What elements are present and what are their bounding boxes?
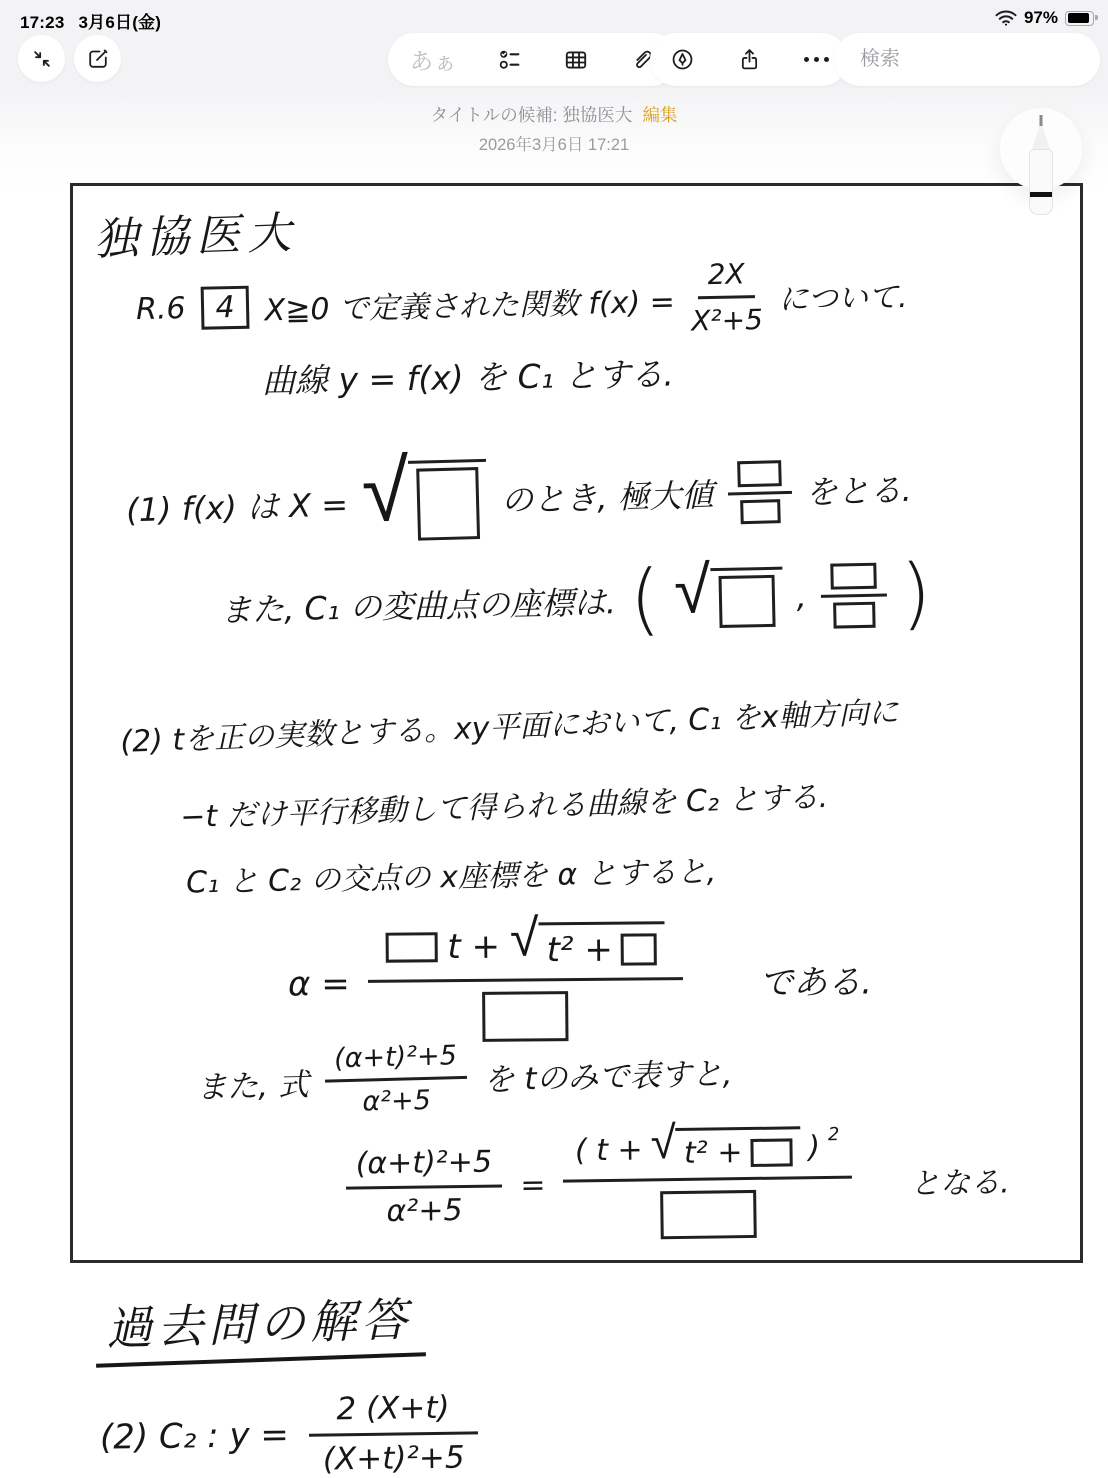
- hw-era-year: R.6: [136, 291, 186, 327]
- hw-final-lhs-num: (α+t)²+5: [355, 1145, 492, 1182]
- hw-rhs-radical: √ t² +: [650, 1126, 800, 1171]
- hw-paren-open: (: [629, 554, 661, 645]
- hw-problem-line: R.6 4 X≧0 で定義された関数 f(x) = 2X X²+5 について.: [135, 254, 908, 349]
- hw-sqrt-blank: √: [361, 459, 488, 542]
- answer-box: [483, 991, 569, 1042]
- hw-paren-close: ): [900, 549, 932, 640]
- hw-q1-line2: また, C₁ の変曲点の座標は. ( √ , ): [219, 549, 932, 654]
- hw-q1-mid: のとき, 極大値: [501, 470, 714, 522]
- table-button[interactable]: [562, 47, 590, 73]
- hw-rhs-open: ( t +: [575, 1132, 643, 1168]
- hw-expr-fraction: (α+t)²+5 α²+5: [324, 1040, 469, 1119]
- answer-box: [833, 601, 876, 628]
- hw-expr-den: α²+5: [362, 1085, 431, 1118]
- hw-final-lhs: (α+t)²+5 α²+5: [345, 1144, 502, 1229]
- hw-intro-post: について.: [778, 271, 908, 318]
- hw-alpha-lhs: α =: [288, 964, 350, 1005]
- checklist-icon: [497, 47, 522, 72]
- markup-button[interactable]: [668, 47, 696, 72]
- hw-rhs-rad-pre: t² +: [684, 1135, 743, 1171]
- hw-final-equals: =: [520, 1168, 546, 1203]
- status-bar: 17:233月6日(金) 97%: [0, 8, 1108, 32]
- hw-alpha-fraction: t + √ t² +: [367, 921, 683, 1043]
- more-button[interactable]: [802, 57, 830, 62]
- collapse-note-button[interactable]: [18, 35, 65, 82]
- hw-final-equation: (α+t)²+5 α²+5 = ( t + √ t² + ) 2 となる.: [345, 1123, 1010, 1243]
- answer-box: [750, 1138, 792, 1167]
- hw-answer-line: (2) C₂ : y = 2 (X+t) (X+t)²+5: [99, 1389, 478, 1478]
- hw-q1-line2-pre: また, C₁ の変曲点の座標は.: [220, 577, 617, 631]
- hw-fx-num: 2X: [707, 257, 745, 291]
- title-candidate-label: タイトルの候補: 独協医大: [431, 105, 633, 125]
- hw-rhs-exponent: 2: [828, 1124, 840, 1145]
- answer-box: [660, 1190, 757, 1239]
- status-time: 17:23: [20, 13, 64, 32]
- hw-fx-fraction: 2X X²+5: [690, 257, 763, 337]
- stylus-icon: [1029, 115, 1053, 215]
- checklist-button[interactable]: [496, 47, 524, 72]
- pen-circle-icon: [670, 47, 695, 72]
- hw-curve-line: 曲線 y = f(x) を C₁ とする.: [262, 348, 675, 402]
- hw-rhs-close: ): [808, 1130, 820, 1165]
- answer-box: [718, 575, 775, 628]
- text-style-button[interactable]: あぁ: [410, 43, 458, 76]
- hw-problem-number-box: 4: [201, 286, 249, 330]
- answer-box: [621, 933, 657, 965]
- battery-icon: [1065, 11, 1094, 26]
- hw-answer-label: (2) C₂ : y =: [100, 1415, 289, 1458]
- wifi-icon: [995, 10, 1017, 26]
- hw-q1-comma: ,: [796, 577, 807, 615]
- compose-icon: [86, 47, 110, 71]
- hw-fx-den: X²+5: [691, 303, 763, 337]
- hw-alpha-equation: α = t + √ t² + である.: [287, 919, 872, 1043]
- table-icon: [563, 47, 589, 73]
- hw-q1-post: をとる.: [805, 465, 912, 514]
- share-icon: [737, 47, 762, 72]
- hw-max-value-blank: [727, 459, 793, 524]
- battery-percent: 97%: [1024, 8, 1058, 28]
- hw-final-lhs-den: α²+5: [386, 1193, 463, 1229]
- format-toolbar: あぁ: [388, 33, 678, 86]
- status-date: 3月6日(金): [78, 13, 161, 32]
- search-bar: [834, 33, 1100, 86]
- hw-expression-line: また, 式 (α+t)²+5 α²+5 を tのみで表すと,: [195, 1033, 733, 1122]
- hw-expr-post: を tのみで表すと,: [483, 1048, 733, 1099]
- text-style-label: あぁ: [410, 43, 458, 76]
- hw-alpha-suffix: である.: [759, 954, 872, 1004]
- new-note-button[interactable]: [74, 35, 121, 82]
- hw-university: 独協医大: [93, 196, 299, 267]
- answer-box: [416, 467, 480, 541]
- hw-answer-num: 2 (X+t): [336, 1390, 450, 1428]
- hw-final-rhs: ( t + √ t² + ) 2: [563, 1126, 853, 1241]
- hw-expr-pre: また, 式: [196, 1059, 310, 1107]
- note-title-row: タイトルの候補: 独協医大編集: [0, 102, 1108, 127]
- hw-alpha-radical: √ t² +: [510, 921, 665, 970]
- answer-box: [740, 499, 781, 524]
- hw-answer-fraction: 2 (X+t) (X+t)²+5: [308, 1389, 478, 1477]
- hw-inflection-x-blank: √: [674, 567, 783, 629]
- hw-alpha-num-mid: t +: [447, 927, 500, 967]
- answer-box: [737, 460, 782, 487]
- note-timestamp: 2026年3月6日 17:21: [0, 131, 1108, 155]
- hw-final-suffix: となる.: [910, 1157, 1010, 1202]
- edit-title-link[interactable]: 編集: [642, 105, 677, 125]
- hw-intro-pre: X≧0 で定義された関数 f(x) =: [264, 276, 675, 329]
- collapse-arrows-icon: [31, 48, 53, 70]
- hw-q1-pre: (1) f(x) は X =: [126, 479, 349, 531]
- hw-answer-den: (X+t)²+5: [323, 1440, 465, 1478]
- hw-answer-heading: 過去問の解答: [105, 1283, 413, 1359]
- answer-box: [830, 562, 877, 589]
- answer-box: [385, 932, 437, 962]
- hw-expr-num: (α+t)²+5: [334, 1040, 457, 1074]
- share-button[interactable]: [735, 47, 763, 72]
- hw-inflection-y-blank: [820, 562, 887, 628]
- pencil-tool-indicator[interactable]: [1000, 108, 1082, 190]
- ellipsis-icon: [804, 57, 829, 62]
- search-input[interactable]: [858, 47, 1108, 72]
- actions-toolbar: [650, 33, 848, 86]
- hw-alpha-rad-pre: t² +: [546, 930, 613, 971]
